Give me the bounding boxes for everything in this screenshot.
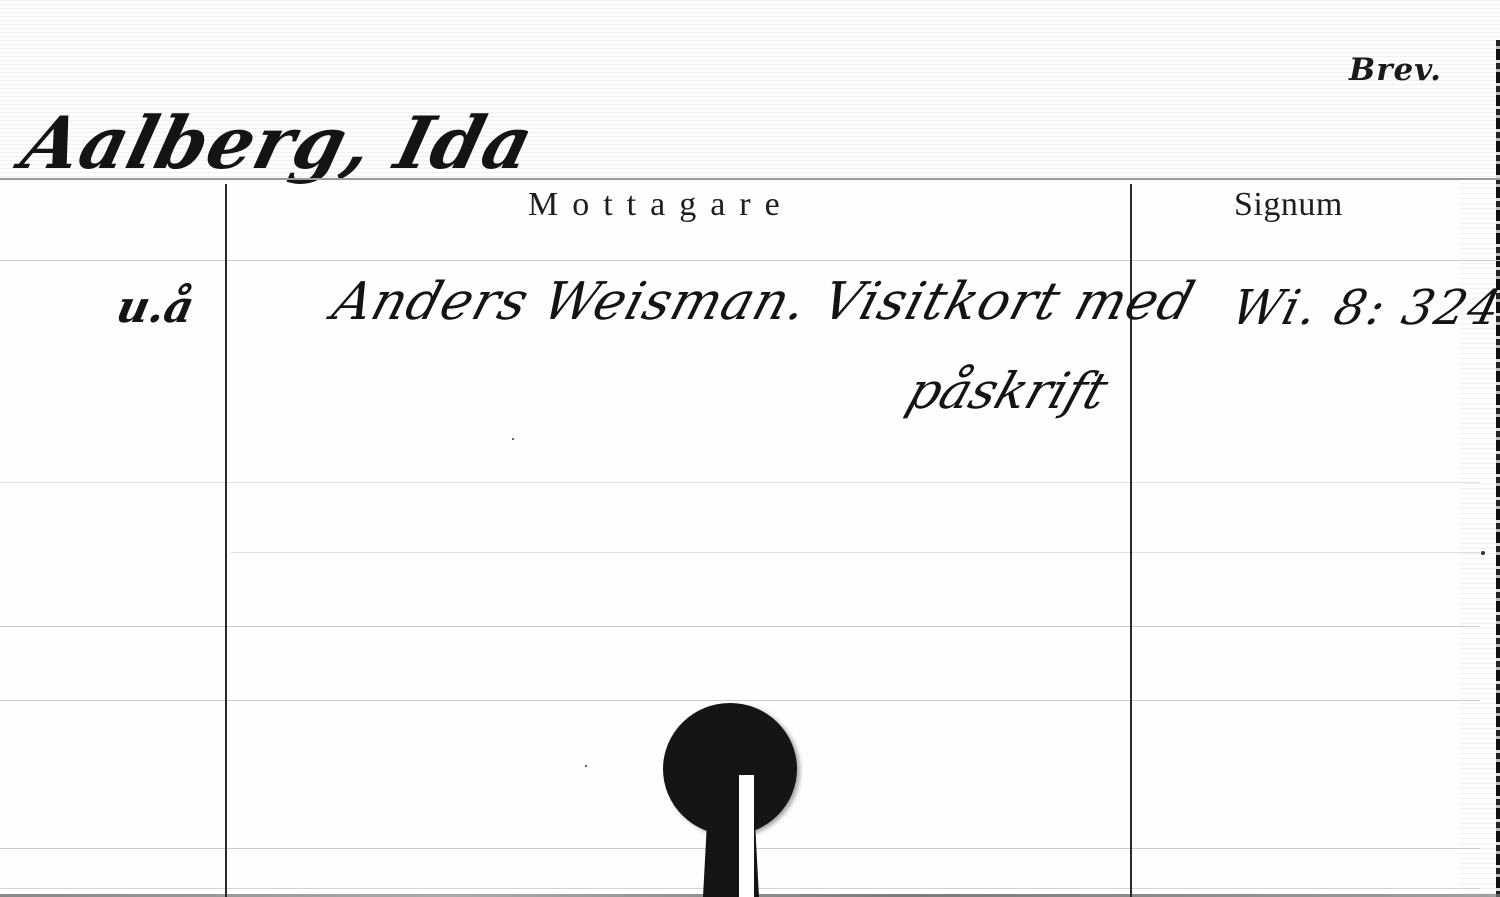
- card-type-label: Brev.: [1349, 52, 1442, 88]
- ruled-line: [0, 626, 1480, 627]
- keyhole-cutout-icon: [663, 703, 799, 897]
- column-header-recipient: Mottagare: [528, 186, 794, 224]
- recipient-value-handwritten: Anders Weisman. Visitkort med: [326, 272, 1202, 332]
- index-card: Brev. Aalberg, Ida Mottagare Signum u.å …: [0, 0, 1500, 897]
- card-right-edge: [1496, 40, 1500, 897]
- keyhole-slot: [739, 775, 754, 897]
- signum-value-handwritten: Wi. 8: 324: [1226, 280, 1500, 336]
- ruled-line: [230, 552, 1480, 553]
- scan-speck: [585, 765, 587, 767]
- header-rule: [0, 178, 1500, 180]
- date-value-handwritten: u.å: [112, 282, 199, 333]
- person-name-handwritten: Aalberg, Ida: [14, 100, 542, 185]
- recipient-note-handwritten: påskrift: [900, 362, 1115, 420]
- ruled-line: [0, 482, 1480, 483]
- column-divider-left: [225, 184, 227, 897]
- scan-speck: [1481, 551, 1485, 555]
- scan-speck: [512, 438, 514, 440]
- column-header-signum: Signum: [1234, 186, 1343, 224]
- ruled-line: [0, 700, 1480, 701]
